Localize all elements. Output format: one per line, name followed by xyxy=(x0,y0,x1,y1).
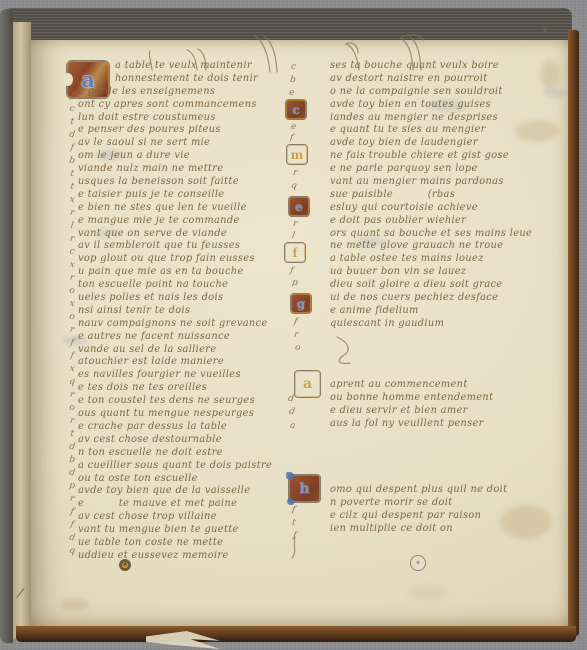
manuscript-line: a cueillier sous quant te dois paistre xyxy=(78,460,310,473)
manuscript-line: ous quant tu mengue nespeurges xyxy=(78,408,310,421)
text-column-right-stanza1: ses ta bouche quant veulx boireav destor… xyxy=(330,60,564,331)
manuscript-line: e ne parle parquoy sen lope xyxy=(330,163,564,176)
text-column-left: a table te veulx maintenirhonnestement t… xyxy=(78,60,310,563)
manuscript-line: usques la beneisson soit faitte xyxy=(78,176,310,189)
manuscript-line: e bien ne stes que len te vueille xyxy=(78,202,310,215)
illuminated-initial: f xyxy=(285,243,305,262)
gutter-letter: d xyxy=(287,394,294,405)
manuscript-line: aprent au commencement xyxy=(330,379,564,392)
book-spine xyxy=(0,9,13,643)
illuminated-initial-stanza3: h xyxy=(289,475,320,502)
manuscript-line: honnestement te dois tenir xyxy=(78,73,310,86)
flower-stamp-glyph: ✳ xyxy=(122,561,129,569)
manuscript-line: omo qui despent plus quil ne doit xyxy=(330,484,564,497)
manuscript-line: e mangue mie je te commande xyxy=(78,215,310,228)
manuscript-line: o ne la compaignie sen souldroit xyxy=(330,86,564,99)
manuscript-line: e garde les enseignemens xyxy=(78,86,310,99)
manuscript-line: vant au mengier mains pardonas xyxy=(330,176,564,189)
illuminated-initial: g xyxy=(291,294,311,313)
manuscript-line: avde toy bien de laudengier xyxy=(330,137,564,150)
manuscript-line: e anime fidelium xyxy=(330,305,564,318)
manuscript-line: ua buuer bon vin se lauez xyxy=(330,266,564,279)
manuscript-line: ont cy apres sont commancemens xyxy=(78,99,310,112)
margin-letter-column: fctdfbttxrlrcxroxorffxqrortdbdprffdq xyxy=(62,90,82,558)
manuscript-line: e taisier puis je te conseille xyxy=(78,189,310,202)
manuscript-line: ton escuelle point na touche xyxy=(78,279,310,292)
manuscript-line: lun doit estre coustumeus xyxy=(78,112,310,125)
manuscript-line: e doit pas oublier wiehier xyxy=(330,215,564,228)
initial-letter: a xyxy=(303,376,312,392)
manuscript-line: e crache par dessus la table xyxy=(78,421,310,434)
book-top-edge xyxy=(6,8,572,44)
text-column-right-stanza3: omo qui despent plus quil ne doitn pover… xyxy=(330,484,564,536)
manuscript-line: vant tu mengue bien te guette xyxy=(78,524,310,537)
round-stamp-glyph: ✶ xyxy=(415,560,421,567)
initial-letter: c xyxy=(292,103,299,117)
manuscript-photo: a a table te veulx maintenirhonnestement… xyxy=(0,0,587,650)
gutter-letter: b xyxy=(289,75,296,86)
initial-letter: g xyxy=(297,297,305,311)
manuscript-line: viande nulz main ne mettre xyxy=(78,163,310,176)
x-mark: x xyxy=(543,25,548,34)
manuscript-line: av destort naistre en pourroit xyxy=(330,73,564,86)
bottom-cover-edge xyxy=(16,626,576,642)
manuscript-line: e penser des poures piteus xyxy=(78,124,310,137)
manuscript-line: e tes dois ne tes oreilles xyxy=(78,382,310,395)
manuscript-line: a table ostee tes mains louez xyxy=(330,253,564,266)
manuscript-line: ueles polies et nais les dois xyxy=(78,292,310,305)
manuscript-line: n poverte morir se doit xyxy=(330,497,564,510)
initial-letter: e xyxy=(295,200,303,214)
manuscript-line: av il sembleroit que tu feusses xyxy=(78,240,310,253)
manuscript-line: e te mauve et met paine xyxy=(78,498,310,511)
manuscript-line: dieu soit gloire a dieu soit grace xyxy=(330,279,564,292)
initial-letter: h xyxy=(299,481,309,497)
manuscript-line: e ton coustel tes dens ne seurges xyxy=(78,395,310,408)
stain xyxy=(60,598,90,610)
manuscript-line: ou bonne homme entendement xyxy=(330,392,564,405)
manuscript-line: ui de nos cuers pechiez desface xyxy=(330,292,564,305)
gutter-page-edges xyxy=(13,22,31,638)
manuscript-line: vande au sel de la salliere xyxy=(78,344,310,357)
manuscript-line: av le saoul si ne sert mie xyxy=(78,137,310,150)
manuscript-line: iandes au mengier ne desprises xyxy=(330,112,564,125)
manuscript-line: ne mette glove grauach ne troue xyxy=(330,240,564,253)
manuscript-line: a table te veulx maintenir xyxy=(78,60,310,73)
illuminated-initial: m xyxy=(287,145,307,164)
manuscript-line: om le jeun a dure vie xyxy=(78,150,310,163)
manuscript-line: ue table ton coste ne mette xyxy=(78,537,310,550)
fore-edge-cover xyxy=(568,30,579,636)
manuscript-line: u pain que mie as en ta bouche xyxy=(78,266,310,279)
stain xyxy=(408,586,448,600)
manuscript-line: ne fais trouble chiere et gist gose xyxy=(330,150,564,163)
manuscript-line: aus la fol ny veuillent penser xyxy=(330,418,564,431)
manuscript-line: sue paisible (rbas xyxy=(330,189,564,202)
manuscript-line: esluy qui courtoisie achieve xyxy=(330,202,564,215)
manuscript-line: es navilles fourgier ne vueilles xyxy=(78,369,310,382)
manuscript-line: ses ta bouche quant veulx boire xyxy=(330,60,564,73)
gutter-letter: q xyxy=(290,181,297,192)
manuscript-line: av cest chose destournable xyxy=(78,434,310,447)
manuscript-line: ou ta oste ton escuelle xyxy=(78,473,310,486)
manuscript-line: avde toy bien en toutes guises xyxy=(330,99,564,112)
manuscript-line: uddieu et eussevez memoire xyxy=(78,550,310,563)
manuscript-line: atouchier est laide maniere xyxy=(78,356,310,369)
illuminated-initial-stanza2: a xyxy=(295,371,320,397)
gutter-letter: p xyxy=(291,278,298,289)
manuscript-line: e quant tu te sies au mengier xyxy=(330,124,564,137)
initial-letter: f xyxy=(292,246,297,260)
margin-letter: q xyxy=(61,543,83,559)
illuminated-initial: e xyxy=(289,197,309,216)
manuscript-line: ien multiplie ce doit on xyxy=(330,523,564,536)
manuscript-line: n ton escuelle ne doit estre xyxy=(78,447,310,460)
manuscript-line: e dieu servir et bien amer xyxy=(330,405,564,418)
manuscript-line: e autres ne facent nuissance xyxy=(78,331,310,344)
gutter-letter: d xyxy=(288,407,295,418)
illuminated-initial: c xyxy=(286,100,306,119)
text-column-right-stanza2: aprent au commencementou bonne homme ent… xyxy=(330,379,564,431)
manuscript-line: avde toy bien que de la vaisselle xyxy=(78,485,310,498)
initial-letter: m xyxy=(291,148,304,162)
manuscript-line: nsi ainsi tenir te dois xyxy=(78,305,310,318)
round-library-stamp: ✶ xyxy=(410,555,426,571)
manuscript-line: vop glout ou que trop fain eusses xyxy=(78,253,310,266)
flower-stamp: ✳ xyxy=(119,559,131,571)
manuscript-line: e cilz qui despent par raison xyxy=(330,510,564,523)
manuscript-line: av cest chose trop villaine xyxy=(78,511,310,524)
manuscript-line: vant que on serve de viande xyxy=(78,228,310,241)
manuscript-line: quiescant in gaudium xyxy=(330,318,564,331)
manuscript-line: ors quant sa bouche et ses mains leue xyxy=(330,228,564,241)
manuscript-line: nauv compaignons ne soit grevance xyxy=(78,318,310,331)
